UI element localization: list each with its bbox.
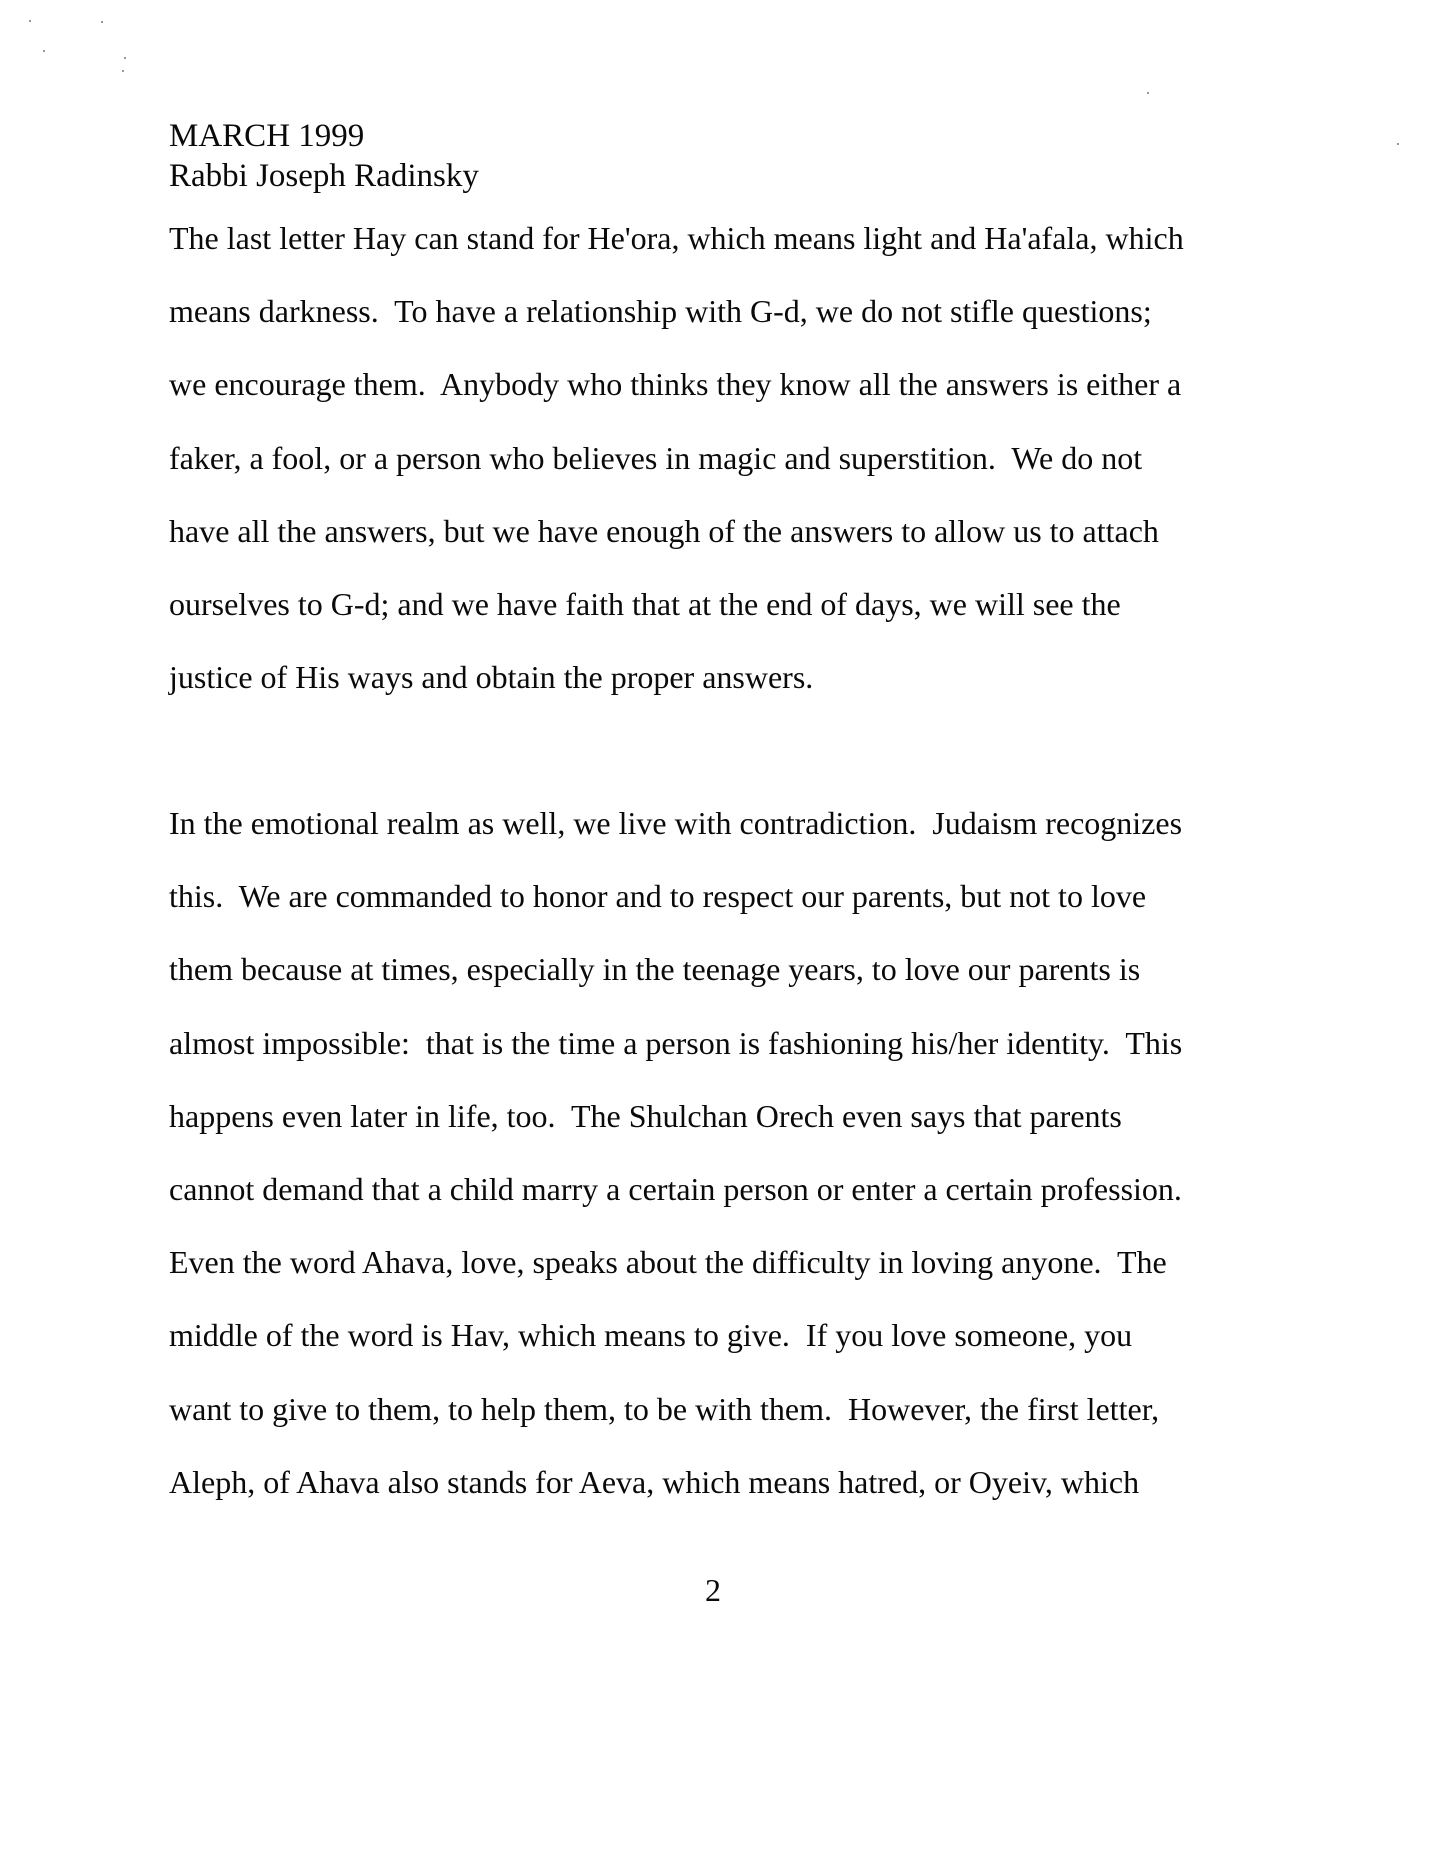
- text-line: In the emotional realm as well, we live …: [169, 803, 1182, 843]
- scan-speck: [122, 70, 124, 72]
- text-line: this. We are commanded to honor and to r…: [169, 876, 1146, 916]
- page-number-text: 2: [705, 1572, 721, 1608]
- text-line: happens even later in life, too. The Shu…: [169, 1096, 1122, 1136]
- text-line: ourselves to G-d; and we have faith that…: [169, 584, 1121, 624]
- scan-speck: [101, 21, 103, 23]
- header-author: Rabbi Joseph Radinsky: [169, 156, 479, 196]
- text-line: cannot demand that a child marry a certa…: [169, 1169, 1182, 1209]
- text-line: them because at times, especially in the…: [169, 949, 1140, 989]
- page-number: 2: [0, 1570, 1430, 1610]
- scan-speck: [43, 50, 45, 52]
- document-header: MARCH 1999 Rabbi Joseph Radinsky: [169, 116, 479, 196]
- scan-speck: [124, 57, 126, 59]
- text-line: want to give to them, to help them, to b…: [169, 1389, 1159, 1429]
- text-line: we encourage them. Anybody who thinks th…: [169, 364, 1181, 404]
- header-date: MARCH 1999: [169, 116, 479, 156]
- scan-speck: [1147, 92, 1149, 94]
- text-line: faker, a fool, or a person who believes …: [169, 438, 1142, 478]
- text-line: The last letter Hay can stand for He'ora…: [169, 218, 1184, 258]
- text-line: have all the answers, but we have enough…: [169, 511, 1159, 551]
- document-page: MARCH 1999 Rabbi Joseph Radinsky The las…: [0, 0, 1430, 1851]
- scan-speck: [29, 20, 31, 22]
- text-line: almost impossible: that is the time a pe…: [169, 1023, 1182, 1063]
- text-line: means darkness. To have a relationship w…: [169, 291, 1152, 331]
- text-line: justice of His ways and obtain the prope…: [169, 657, 813, 697]
- text-line: Even the word Ahava, love, speaks about …: [169, 1242, 1167, 1282]
- scan-speck: [1397, 143, 1399, 145]
- text-line: Aleph, of Ahava also stands for Aeva, wh…: [169, 1462, 1139, 1502]
- text-line: middle of the word is Hav, which means t…: [169, 1315, 1132, 1355]
